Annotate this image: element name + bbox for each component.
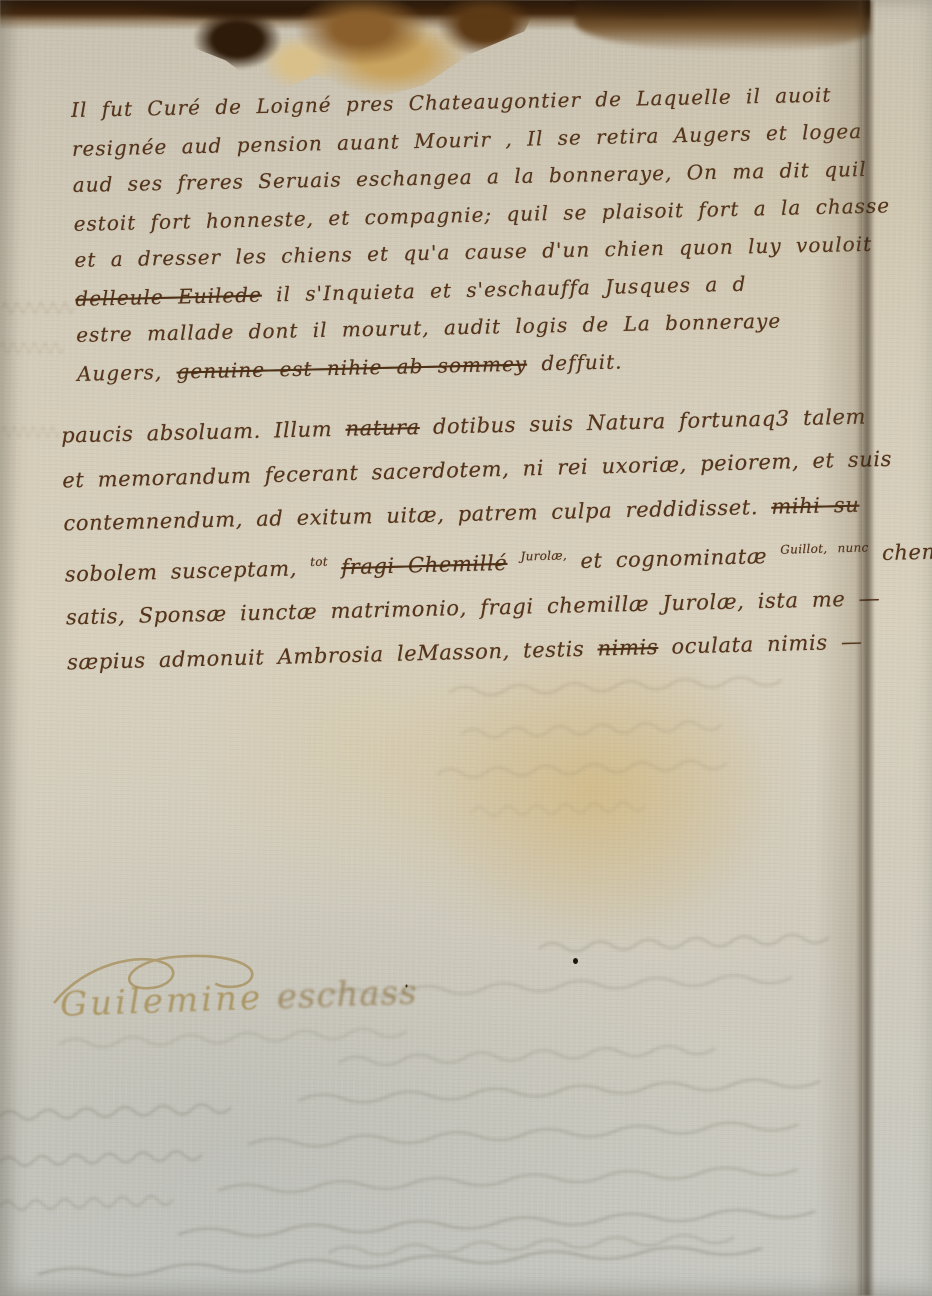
struck-text: delleule Euilede: [75, 282, 262, 310]
manuscript-text: dotibus suis Natura fortunaq3 talem: [419, 404, 866, 439]
inserted-text: Jurolæ,: [520, 548, 567, 563]
struck-text: fragi Chemillé: [341, 551, 508, 579]
manuscript-text: sæpius admonuit Ambrosia leMasson, testi…: [67, 637, 598, 675]
paper-stain: [430, 640, 770, 940]
latin-paragraph: paucis absoluam. Illum natura dotibus su…: [61, 394, 868, 685]
manuscript-text: satis, Sponsæ iunctæ matrimonio, fragi c…: [66, 586, 881, 629]
manuscript-text: estre mallade dont il mourut, audit logi…: [76, 309, 781, 347]
signature-surname: eschass: [276, 972, 418, 1017]
manuscript-text: sobolem susceptam,: [64, 556, 310, 586]
manuscript-text: contemnendum, ad exitum uitæ, patrem cul…: [63, 495, 771, 536]
signature: Guilemine eschass: [44, 937, 468, 1062]
manuscript-text: paucis absoluam. Illum: [61, 417, 346, 448]
struck-text: nimis: [597, 635, 658, 661]
manuscript-text: et cognominatæ: [567, 544, 781, 574]
french-paragraph: Il fut Curé de Loigné pres Chateaugontie…: [71, 75, 860, 393]
page-fold-shadow: [856, 0, 874, 1296]
manuscript-photo: Il fut Curé de Loigné pres Chateaugontie…: [0, 0, 932, 1296]
inserted-text: tot: [310, 555, 328, 569]
struck-text: genuine est nihie ab sommey: [176, 351, 527, 383]
manuscript-text: [507, 551, 521, 575]
manuscript-text: [328, 555, 342, 579]
manuscript-page: Il fut Curé de Loigné pres Chateaugontie…: [0, 0, 932, 1296]
manuscript-text: deffuit.: [527, 349, 623, 375]
manuscript-text: il s'Inquieta et s'eschauffa Jusques a d: [262, 271, 747, 306]
ink-speck: [573, 958, 578, 964]
manuscript-text: chenays, diuites: [868, 536, 932, 565]
manuscript-text: Augers,: [77, 359, 177, 385]
struck-text: natura: [345, 415, 420, 441]
manuscript-text: Il fut Curé de Loigné pres Chateaugontie…: [71, 83, 832, 122]
signature-given-name: Guilemine: [59, 978, 263, 1025]
